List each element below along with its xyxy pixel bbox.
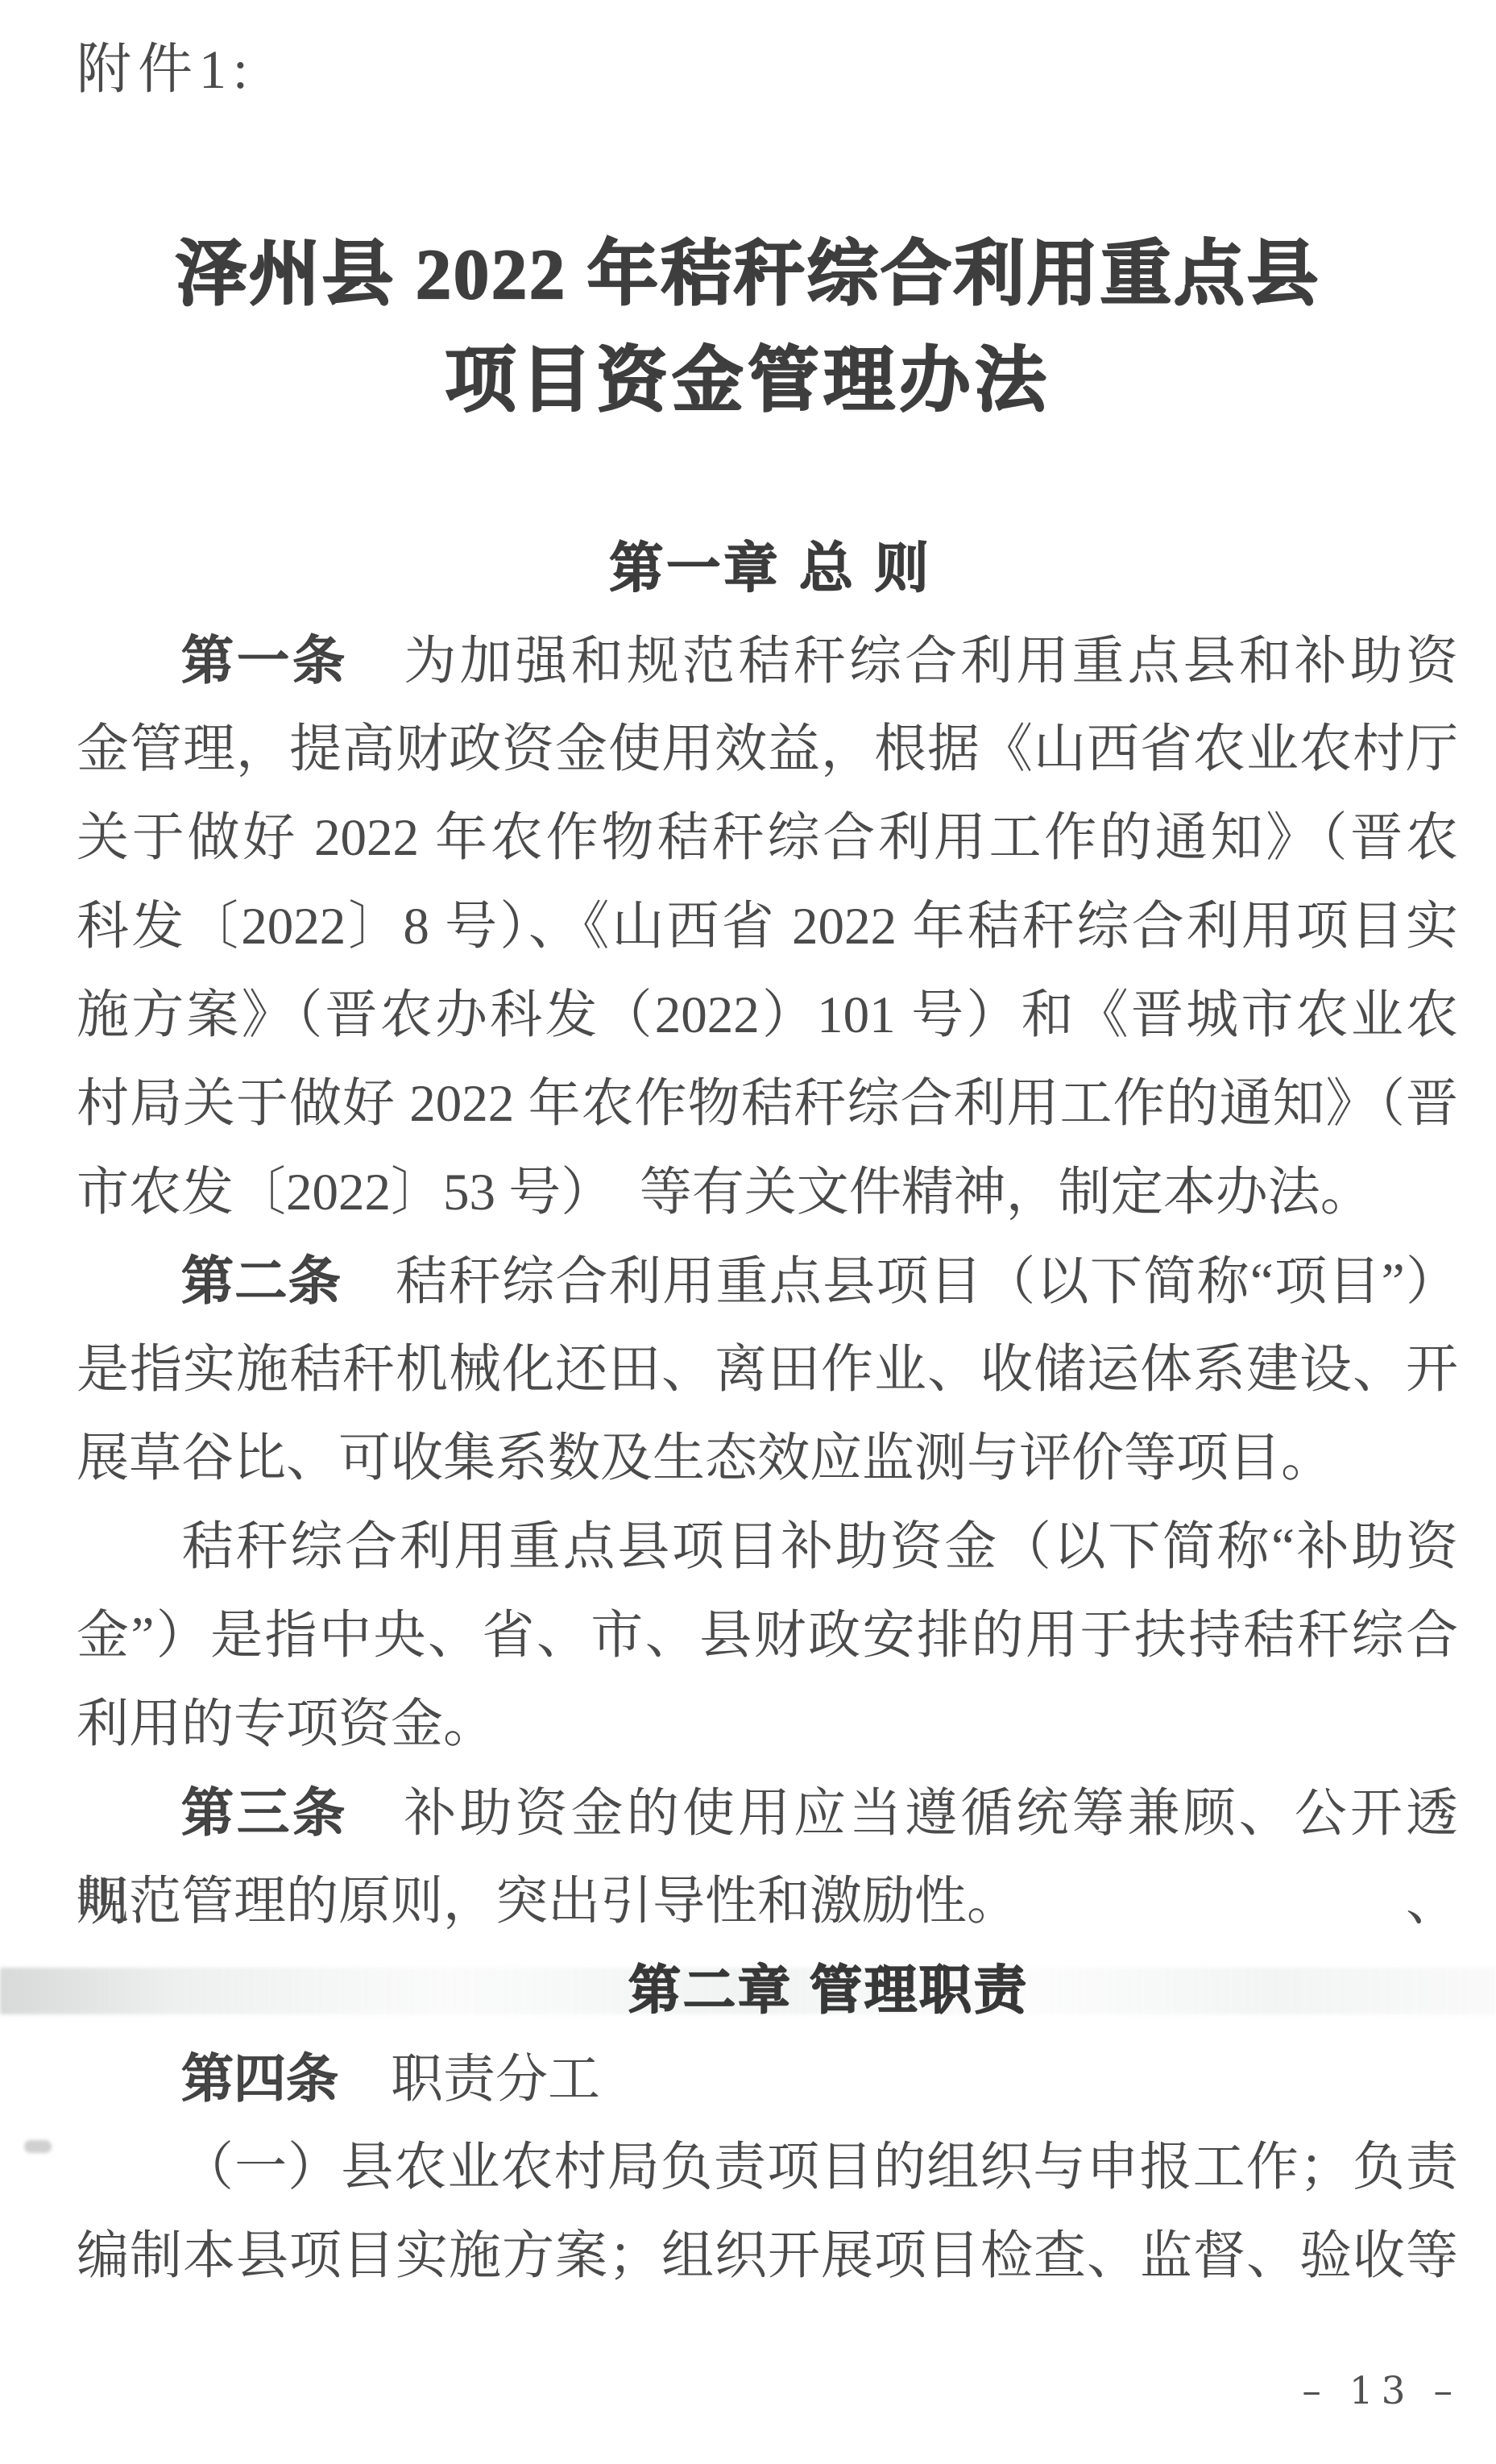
document-line: 市农发〔2022〕53 号） 等有关文件精神，制定本办法。	[77, 1148, 1458, 1237]
document-line: 展草谷比、可收集系数及生态效应监测与评价等项目。	[77, 1414, 1458, 1503]
document-line: 利用的专项资金。	[77, 1680, 1458, 1769]
attachment-label: 附件1:	[77, 29, 255, 110]
document-line: 第一条 为加强和规范秸秆综合利用重点县和补助资	[77, 616, 1458, 705]
document-title-line1: 泽州县 2022 年秸秆综合利用重点县	[0, 232, 1496, 319]
chapter-one-heading: 第一章 总 则	[23, 524, 1496, 614]
document-line: 编制本县项目实施方案；组织开展项目检查、监督、验收等	[77, 2212, 1458, 2300]
document-line: 金管理，提高财政资金使用效益，根据《山西省农业农村厅	[77, 705, 1458, 794]
article-number: 第四条	[181, 2049, 338, 2108]
document-body: 第一条 为加强和规范秸秆综合利用重点县和补助资金管理，提高财政资金使用效益，根据…	[77, 616, 1458, 2300]
document-line: 第二条 秸秆综合利用重点县项目（以下简称“项目”）	[77, 1237, 1458, 1325]
document-line: 金”）是指中央、省、市、县财政安排的用于扶持秸秆综合	[77, 1591, 1458, 1680]
document-line: 科发〔2022〕8 号）、《山西省 2022 年秸秆综合利用项目实	[77, 882, 1458, 971]
document-line: 村局关于做好 2022 年农作物秸秆综合利用工作的通知》（晋	[77, 1060, 1458, 1148]
document-line: 是指实施秸秆机械化还田、离田作业、收储运体系建设、开	[77, 1325, 1458, 1414]
document-line: 第三条 补助资金的使用应当遵循统筹兼顾、公开透明、	[77, 1769, 1458, 1857]
document-line: 施方案》（晋农办科发（2022）101 号）和《晋城市农业农	[77, 971, 1458, 1060]
scan-smudge-artifact	[24, 2140, 52, 2153]
document-line: （一）县农业农村局负责项目的组织与申报工作；负责	[77, 2123, 1458, 2212]
document-line: 关于做好 2022 年农作物秸秆综合利用工作的通知》（晋农	[77, 794, 1458, 882]
article-number: 第三条	[181, 1783, 348, 1842]
scanned-document-page: 附件1: 泽州县 2022 年秸秆综合利用重点县 项目资金管理办法 第一章 总 …	[0, 0, 1496, 2464]
article-number: 第一条	[181, 631, 348, 690]
article-number: 第二条	[181, 1251, 342, 1310]
document-line: 第四条 职责分工	[77, 2035, 1458, 2123]
document-line: 秸秆综合利用重点县项目补助资金（以下简称“补助资	[77, 1503, 1458, 1591]
page-number: – 13 –	[1302, 2367, 1461, 2416]
chapter-two-heading: 第二章 管理职责	[77, 1946, 1458, 2035]
document-title-line2: 项目资金管理办法	[0, 338, 1496, 425]
